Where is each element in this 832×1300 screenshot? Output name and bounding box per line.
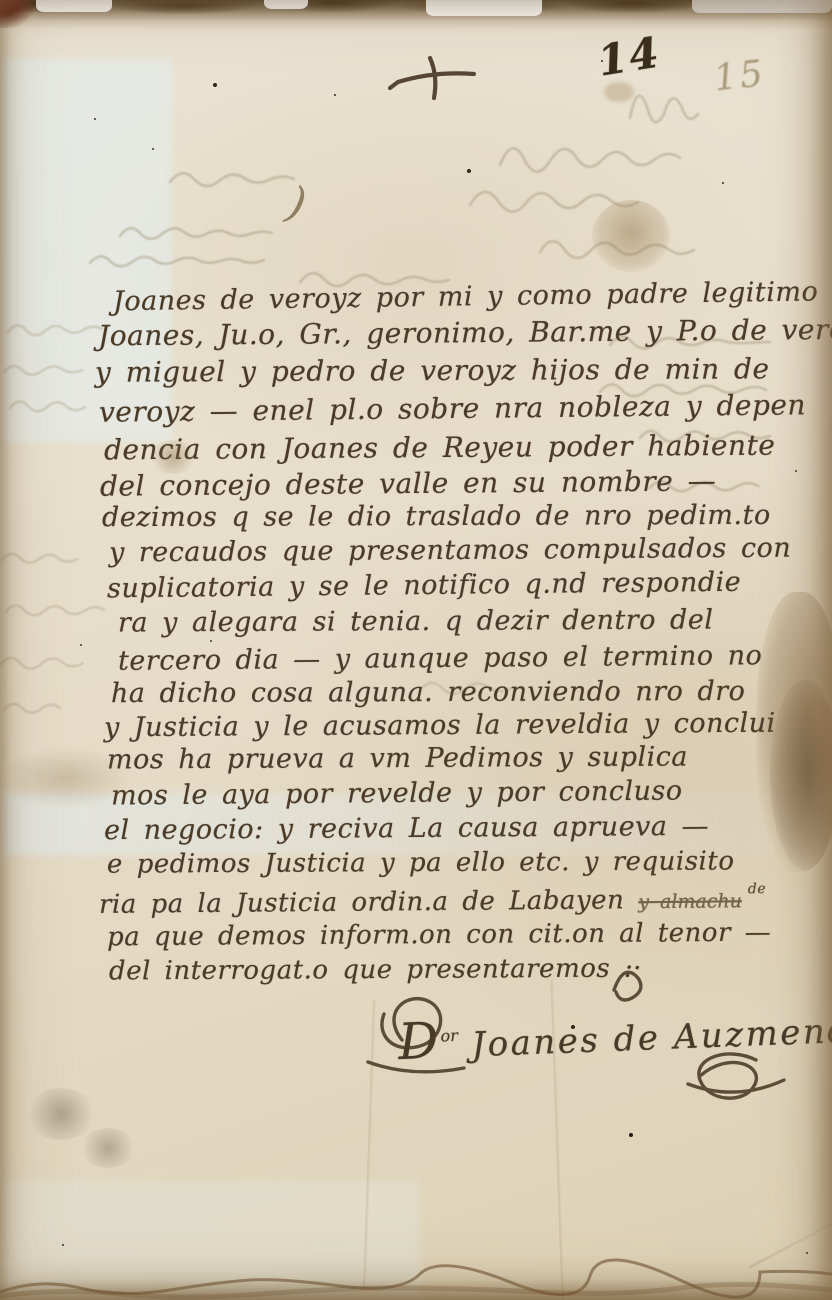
page-bottom-shadow [0,1280,832,1300]
stain [26,1088,96,1140]
scanner-gap [36,0,112,12]
manuscript-line: mos ha prueva a vm Pedimos y suplica [107,741,688,775]
red-corner-fragment [0,0,34,28]
manuscript-line: dencia con Joanes de Reyeu poder habient… [104,429,776,467]
manuscript-line: ra y alegara si tenia. q dezir dentro de… [118,604,714,638]
signature-initial: D [397,1012,442,1072]
page-left-edge [0,0,10,1300]
manuscript-line: suplicatoria y se le notifico q.nd respo… [107,567,741,605]
manuscript-line-text: ria pa la Justicia ordin.a de Labayen [99,885,625,920]
manuscript-line: y miguel y pedro de veroyz hijos de min … [95,352,770,389]
folio-number: 14 [595,27,664,85]
signature-name-text: Joanes de Auzmendy [471,1010,832,1065]
stain [604,82,634,102]
stain [80,1128,136,1168]
manuscript-line: tercero dia — y aunque paso el termino n… [118,640,763,677]
manuscript-line: Joanes de veroyz por mi y como padre leg… [113,276,832,318]
signature-superscript: or [440,1026,458,1046]
manuscript-line: pa que demos inform.on con cit.on al ten… [107,918,771,953]
superscript-abbrev: de [748,881,766,897]
manuscript-line: mos le aya por revelde y por concluso [111,776,683,812]
stain [592,200,670,272]
signature-name: Dor Joanes de Auzmendy [397,995,832,1071]
strikethrough-text: y almachu [638,890,742,913]
scanner-gap [264,0,308,9]
manuscript-line: y recaudos que presentamos compulsados c… [109,533,791,569]
scanner-gap [426,0,542,16]
manuscript-line: ria pa la Justicia ordin.a de Labayeny a… [99,881,766,920]
manuscript-line: Joanes, Ju.o, Gr., geronimo, Bar.me y P.… [98,313,832,353]
manuscript-line: veroyz — enel pl.o sobre nra nobleza y d… [99,388,806,428]
stray-ink-mark: ) [282,177,311,231]
manuscript-line: y Justicia y le acusamos la reveldia y c… [104,708,776,744]
manuscript-line: el negocio: y reciva La causa aprueva — [104,811,709,846]
folio-number-bleedthrough: 15 [712,53,768,100]
manuscript-line: del interrogat.o que presentaremos :· [109,954,642,987]
manuscript-line: e pedimos Justicia y pa ello etc. y requ… [107,846,735,879]
manuscript-page: ) 14 15 Joanes de veroyz por mi y como p… [0,0,832,1300]
page-right-edge [810,0,832,1300]
manuscript-line: del concejo deste valle en su nombre — [100,464,716,502]
manuscript-line: ha dicho cosa alguna. reconviendo nro dr… [111,676,746,709]
manuscript-line: dezimos q se le dio traslado de nro pedi… [102,500,771,533]
underlying-page-edge [692,0,832,13]
